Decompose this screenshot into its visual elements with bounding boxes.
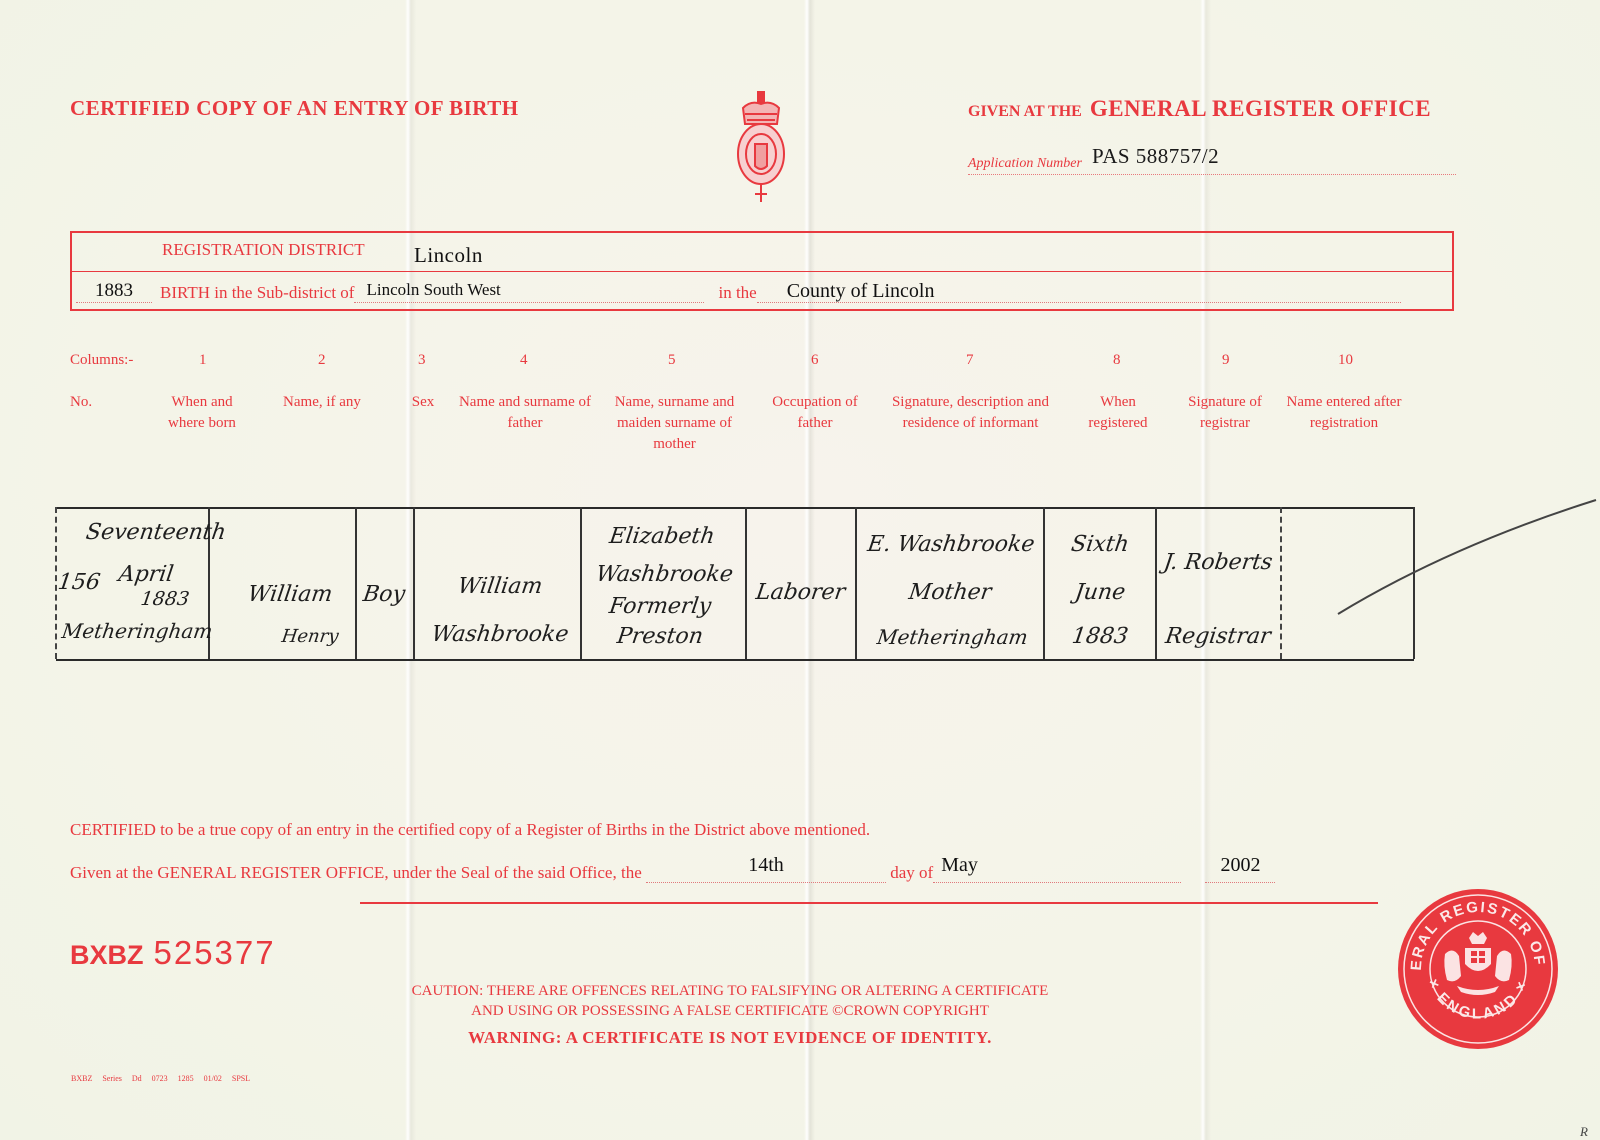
entry-registrar-title: Registrar (1156, 622, 1280, 652)
registration-district-label: REGISTRATION DISTRICT (162, 240, 365, 260)
caution-line-1: CAUTION: THERE ARE OFFENCES RELATING TO … (350, 981, 1110, 1001)
signature-rule (360, 902, 1378, 904)
column-header-4: Name and surname of father (455, 392, 595, 434)
caution-notice: CAUTION: THERE ARE OFFENCES RELATING TO … (350, 981, 1110, 1021)
subdistrict-label: BIRTH in the Sub-district of (160, 283, 354, 302)
column-header-7: Signature, description and residence of … (878, 392, 1063, 434)
column-number-3: 3 (418, 352, 426, 369)
margin-mark: R (1580, 1124, 1588, 1140)
application-number-field: Application Number PAS 588757/2 (968, 148, 1456, 175)
entry-registered-year: 1883 (1043, 622, 1157, 652)
column-number-2: 2 (318, 352, 326, 369)
issue-date-prefix: Given at the GENERAL REGISTER OFFICE, un… (70, 863, 642, 882)
issue-day-field: 14th (646, 860, 886, 883)
column-header-1: When and where born (152, 392, 252, 434)
entry-occupation: Laborer (746, 578, 855, 608)
subdistrict-row: 1883 BIRTH in the Sub-district ofLincoln… (76, 280, 1428, 304)
issuer-heading: GIVEN AT THE GENERAL REGISTER OFFICE (968, 96, 1431, 122)
royal-coat-of-arms-seal-icon: GENERAL REGISTER OFFICE × ENGLAND × (1397, 888, 1559, 1050)
form-code: BXBZ Series Dd 0723 1285 01/02 SPSL (71, 1074, 250, 1083)
column-number-9: 9 (1222, 352, 1230, 369)
column-header-3: Sex (398, 392, 448, 413)
application-number-value: PAS 588757/2 (1092, 144, 1219, 168)
table-border-left (55, 507, 57, 659)
entry-name-first: William (228, 580, 352, 610)
entry-born-year: 1883 (128, 584, 202, 614)
entry-informant-signature: E. Washbrooke (854, 530, 1048, 560)
column-number-6: 6 (811, 352, 819, 369)
column-number-4: 4 (520, 352, 528, 369)
column-header-2: Name, if any (272, 392, 372, 413)
entry-born-day: Seventeenth (84, 518, 208, 548)
column-number-10: 10 (1338, 352, 1353, 369)
caution-line-2: AND USING OR POSSESSING A FALSE CERTIFIC… (350, 1001, 1110, 1021)
column-divider (1280, 507, 1282, 659)
registration-district-value: Lincoln (414, 243, 483, 268)
issue-year: 2002 (1220, 854, 1260, 876)
column-header-8: When registered (1078, 392, 1158, 434)
certificate-serial: BXBZ525377 (70, 934, 276, 972)
issuer-name: GENERAL REGISTER OFFICE (1090, 96, 1431, 121)
entry-mother-first: Elizabeth (580, 522, 744, 552)
in-the-label: in the (718, 283, 756, 302)
county-value: County of Lincoln (757, 280, 1401, 303)
column-header-no: No. (70, 392, 92, 413)
certification-statement: CERTIFIED to be a true copy of an entry … (70, 820, 870, 840)
subdistrict-value: Lincoln South West (354, 280, 704, 303)
entry-mother-maiden: Preston (588, 622, 732, 652)
entry-registered-day: Sixth (1043, 530, 1157, 560)
entry-mother-formerly: Formerly (588, 592, 732, 622)
identity-warning: WARNING: A CERTIFICATE IS NOT EVIDENCE O… (350, 1028, 1110, 1048)
column-divider (855, 507, 857, 659)
certificate-title: CERTIFIED COPY OF AN ENTRY OF BIRTH (70, 96, 519, 121)
issue-month-field: May (933, 860, 1181, 883)
columns-label: Columns:- (70, 352, 133, 369)
column-header-5: Name, surname and maiden surname of moth… (602, 392, 747, 455)
entry-informant-description: Mother (868, 578, 1032, 608)
entry-father-first: William (423, 572, 577, 602)
column-number-5: 5 (668, 352, 676, 369)
issuer-prefix: GIVEN AT THE (968, 103, 1082, 120)
column-number-7: 7 (966, 352, 974, 369)
entry-father-surname: Washbrooke (418, 620, 582, 650)
issue-date-line: Given at the GENERAL REGISTER OFFICE, un… (70, 860, 1275, 883)
issue-day: 14th (748, 854, 784, 876)
registration-year: 1883 (76, 280, 152, 303)
column-number-1: 1 (199, 352, 207, 369)
entry-registrar-signature: J. Roberts (1156, 548, 1280, 578)
strike-through-line (1330, 490, 1600, 620)
issue-year-field: 2002 (1205, 860, 1275, 883)
entry-registered-month: June (1043, 578, 1157, 608)
application-number-label: Application Number (968, 156, 1082, 171)
issue-month: May (941, 854, 978, 876)
entry-born-place: Metheringham (60, 616, 214, 646)
column-header-10: Name entered after registration (1283, 392, 1405, 434)
serial-prefix: BXBZ (70, 940, 144, 970)
serial-number: 525377 (154, 934, 276, 971)
entry-sex: Boy (354, 580, 414, 610)
entry-informant-residence: Metheringham (858, 622, 1047, 652)
entry-name-middle: Henry (268, 622, 352, 652)
day-of-label: day of (890, 863, 933, 882)
entry-mother-surname: Washbrooke (580, 560, 749, 590)
column-header-9: Signature of registrar (1180, 392, 1270, 434)
column-header-6: Occupation of father (770, 392, 860, 434)
column-number-8: 8 (1113, 352, 1121, 369)
royal-crest-icon (735, 90, 787, 206)
